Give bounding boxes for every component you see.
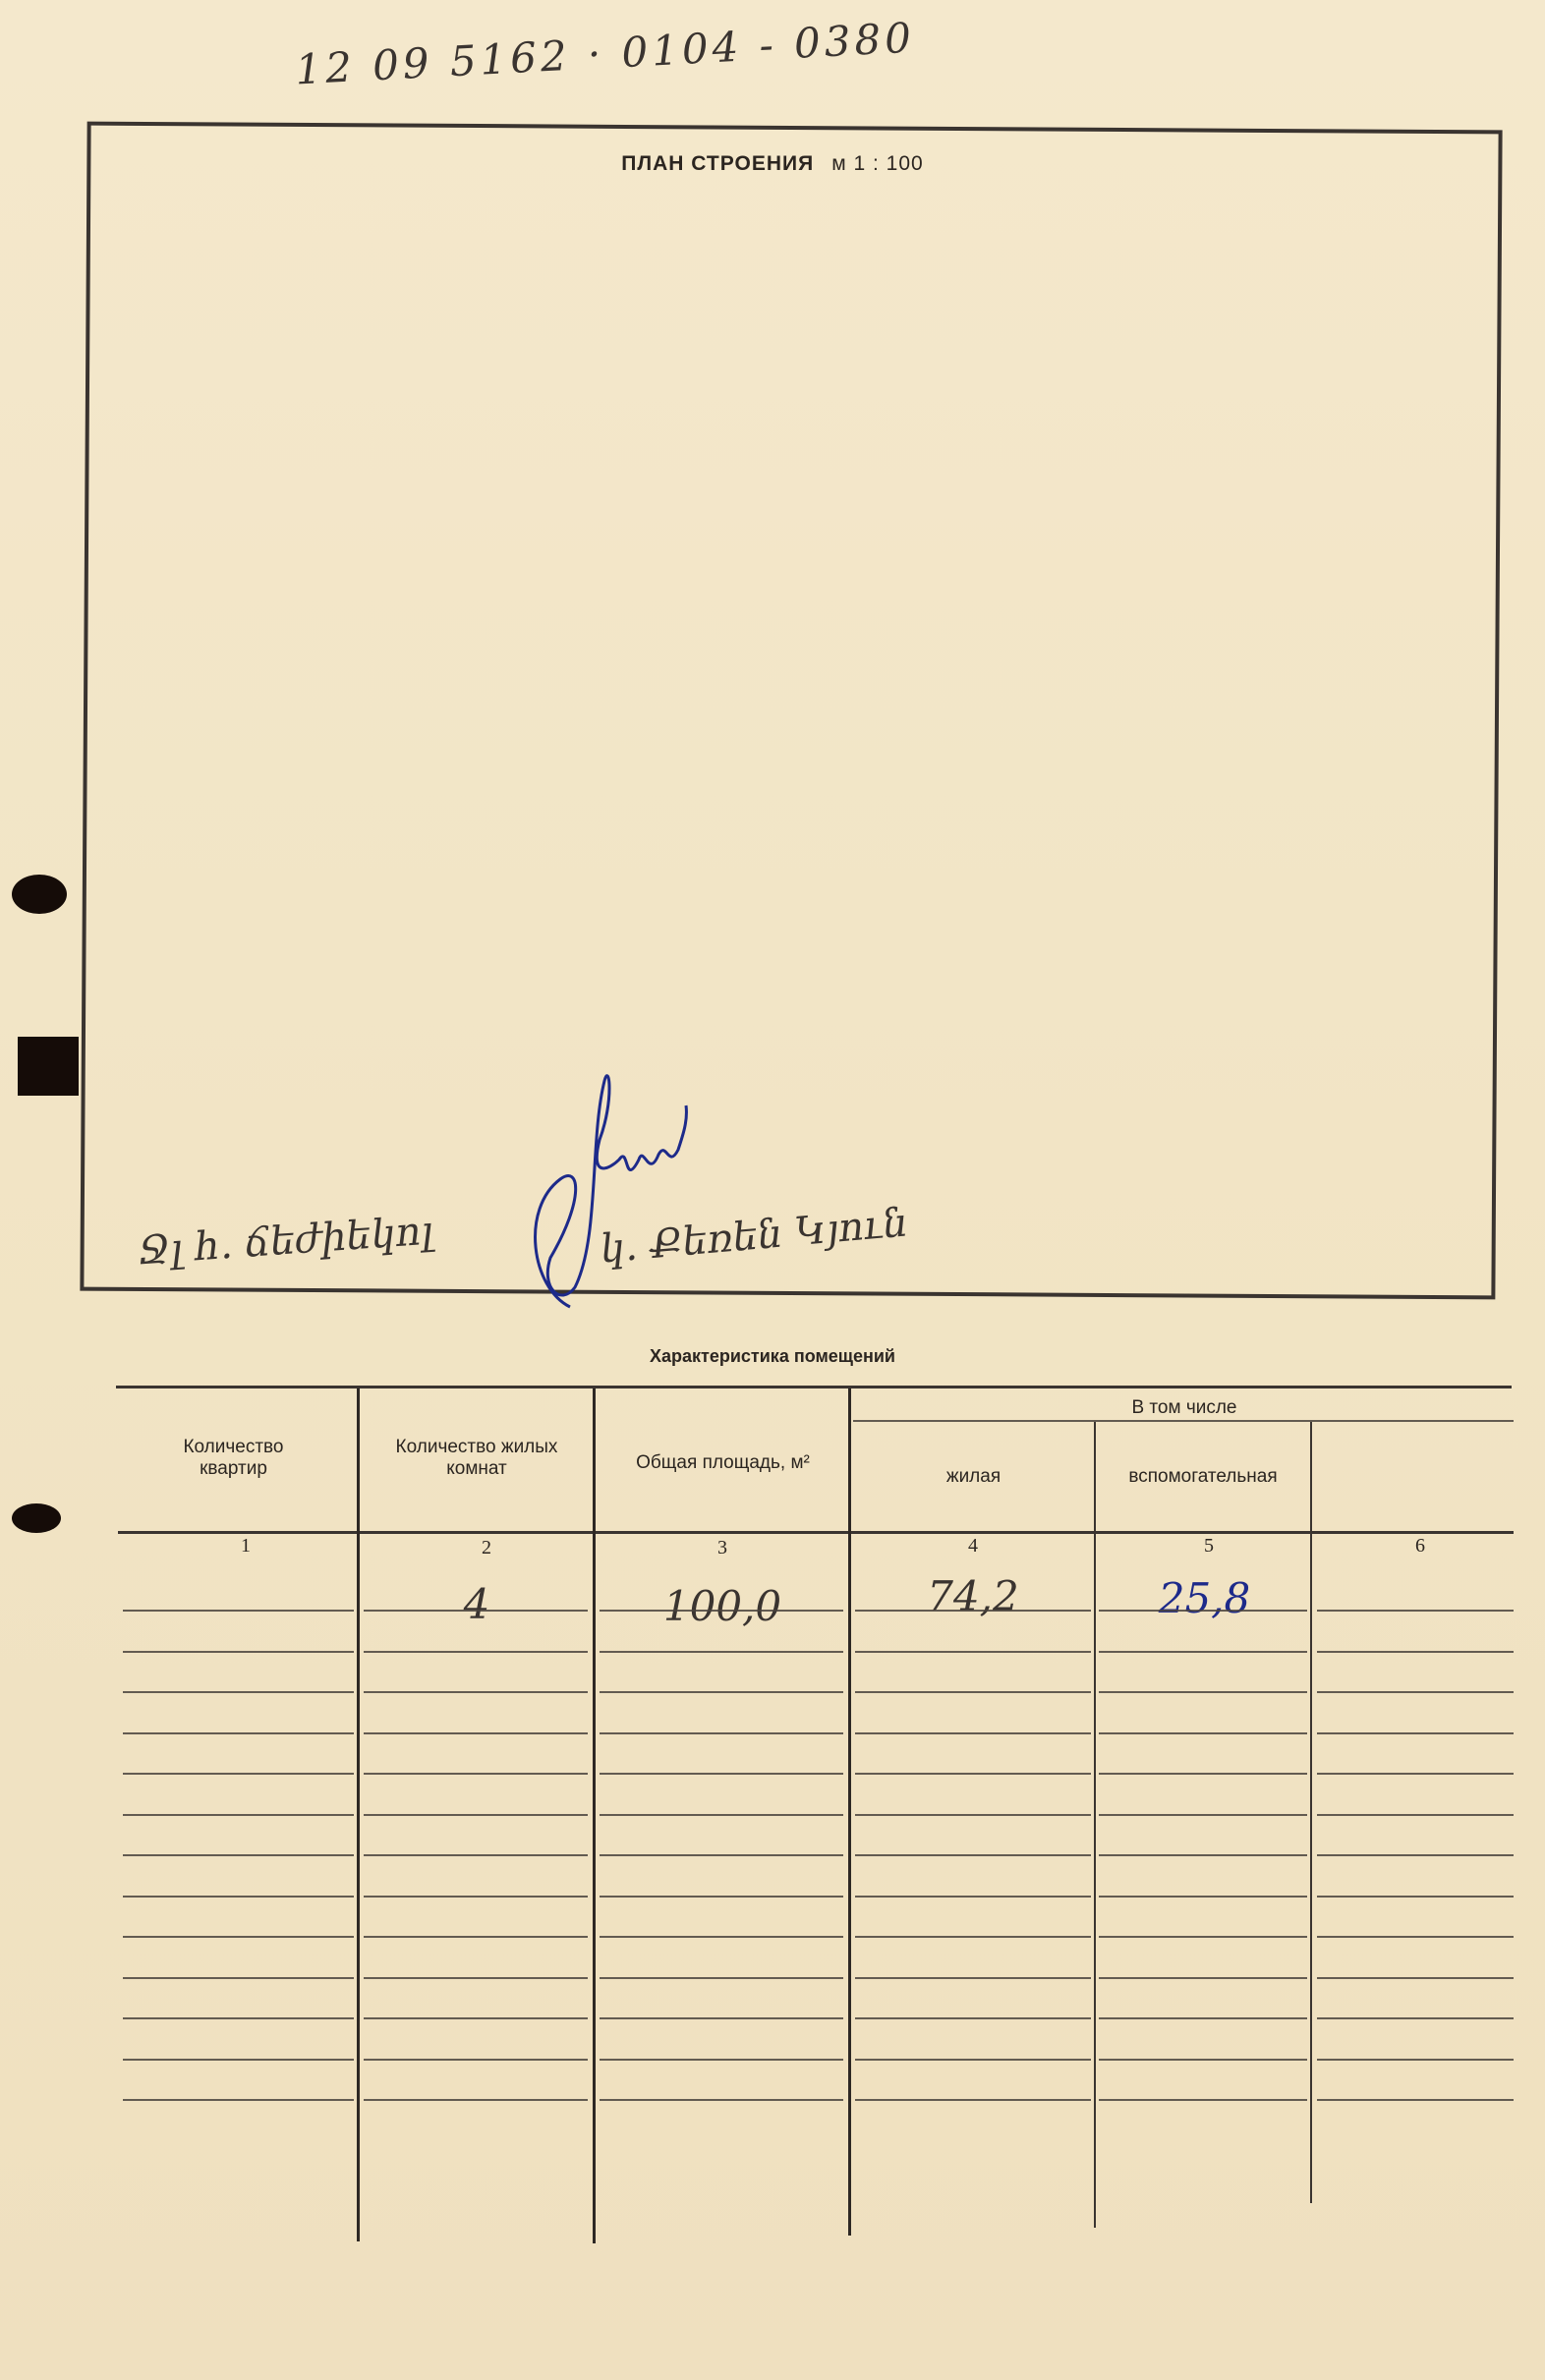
row-rule: [1099, 2059, 1307, 2061]
cell-total-area: 100,0: [600, 1582, 845, 1630]
row-rule: [1099, 1936, 1307, 1938]
column-divider: [357, 1388, 360, 2241]
row-rule: [600, 1732, 843, 1734]
plan-scale: м 1 : 100: [831, 152, 924, 175]
row-rule: [1317, 1610, 1514, 1612]
row-rule: [855, 1732, 1091, 1734]
row-rule: [1317, 1896, 1514, 1898]
column-number: 1: [147, 1535, 344, 1558]
row-rule: [1317, 2099, 1514, 2101]
header-total-area: Общая площадь, м²: [598, 1452, 848, 1474]
plan-title-text: ПЛАН СТРОЕНИЯ: [621, 152, 814, 175]
signature-icon: [491, 1061, 708, 1317]
row-rule: [1317, 1651, 1514, 1653]
column-divider: [848, 1388, 851, 2236]
header-auxiliary-area: вспомогательная: [1094, 1466, 1312, 1488]
row-rule: [855, 1691, 1091, 1693]
row-rule: [1099, 1814, 1307, 1816]
row-rule: [600, 1896, 843, 1898]
header-apartments: Количество квартир: [147, 1437, 319, 1480]
row-rule: [123, 1773, 354, 1775]
row-rule: [1317, 1814, 1514, 1816]
row-rule: [1317, 1773, 1514, 1775]
row-rule: [364, 2017, 588, 2019]
row-rule: [1099, 1773, 1307, 1775]
header-bottom-border: [118, 1531, 1514, 1534]
row-rule: [600, 1977, 843, 1979]
row-rule: [600, 1610, 843, 1612]
row-rule: [1317, 1977, 1514, 1979]
row-rule: [855, 1610, 1091, 1612]
row-rule: [855, 2017, 1091, 2019]
cell-living-rooms: 4: [364, 1580, 590, 1628]
punch-hole: [12, 875, 67, 914]
row-rule: [600, 2099, 843, 2101]
punch-hole: [12, 1503, 61, 1533]
column-divider: [1310, 1422, 1312, 2203]
row-rule: [364, 1732, 588, 1734]
column-number: 2: [388, 1537, 585, 1559]
row-rule: [1099, 1732, 1307, 1734]
row-rule: [855, 2099, 1091, 2101]
row-rule: [123, 1651, 354, 1653]
punch-hole-torn: [18, 1037, 79, 1096]
row-rule: [364, 1651, 588, 1653]
cell-living-area: 74,2: [855, 1572, 1091, 1620]
row-rule: [1317, 1732, 1514, 1734]
row-rule: [123, 1732, 354, 1734]
row-rule: [1317, 2059, 1514, 2061]
row-rule: [855, 1773, 1091, 1775]
row-rule: [600, 1936, 843, 1938]
header-living-area: жилая: [853, 1466, 1094, 1488]
row-rule: [855, 1854, 1091, 1856]
row-rule: [600, 1691, 843, 1693]
column-number: 3: [624, 1537, 821, 1559]
row-rule: [1099, 1854, 1307, 1856]
row-rule: [123, 1691, 354, 1693]
row-rule: [123, 1854, 354, 1856]
row-rule: [1099, 1651, 1307, 1653]
row-rule: [123, 1936, 354, 1938]
column-number: 6: [1327, 1535, 1514, 1558]
row-rule: [600, 1854, 843, 1856]
row-rule: [364, 1814, 588, 1816]
row-rule: [1099, 1691, 1307, 1693]
row-rule: [364, 1610, 588, 1612]
row-rule: [123, 2059, 354, 2061]
row-rule: [364, 1854, 588, 1856]
row-rule: [1317, 2017, 1514, 2019]
plan-frame: [80, 122, 1502, 1300]
row-rule: [600, 1814, 843, 1816]
row-rule: [855, 2059, 1091, 2061]
row-rule: [123, 2017, 354, 2019]
row-rule: [364, 1773, 588, 1775]
column-divider: [593, 1388, 596, 2243]
row-rule: [364, 1691, 588, 1693]
row-rule: [364, 2059, 588, 2061]
cell-auxiliary-area: 25,8: [1099, 1574, 1310, 1622]
row-rule: [600, 2059, 843, 2061]
row-rule: [123, 1896, 354, 1898]
header-group-including: В том числе: [855, 1397, 1514, 1419]
column-divider: [1094, 1422, 1096, 2228]
row-rule: [1317, 1936, 1514, 1938]
row-rule: [123, 2099, 354, 2101]
row-rule: [1099, 2099, 1307, 2101]
row-rule: [364, 1977, 588, 1979]
header-living-rooms: Количество жилых комнат: [369, 1437, 585, 1480]
row-rule: [1317, 1691, 1514, 1693]
row-rule: [123, 1610, 354, 1612]
row-rule: [1099, 1896, 1307, 1898]
row-rule: [855, 1651, 1091, 1653]
row-rule: [855, 1977, 1091, 1979]
row-rule: [1099, 1610, 1307, 1612]
row-rule: [600, 2017, 843, 2019]
column-number: 4: [875, 1535, 1071, 1558]
row-rule: [855, 1814, 1091, 1816]
row-rule: [855, 1936, 1091, 1938]
plan-title: ПЛАН СТРОЕНИЯм 1 : 100: [0, 152, 1545, 176]
row-rule: [123, 1814, 354, 1816]
row-rule: [364, 2099, 588, 2101]
table-title: Характеристика помещений: [0, 1346, 1545, 1367]
row-rule: [855, 1896, 1091, 1898]
row-rule: [123, 1977, 354, 1979]
row-rule: [1099, 1977, 1307, 1979]
row-rule: [1099, 2017, 1307, 2019]
row-rule: [364, 1936, 588, 1938]
table-top-border: [116, 1386, 1512, 1388]
column-number: 5: [1111, 1535, 1307, 1558]
row-rule: [600, 1651, 843, 1653]
row-rule: [1317, 1854, 1514, 1856]
group-header-divider: [853, 1420, 1514, 1422]
row-rule: [364, 1896, 588, 1898]
document-number: 12 09 5162 · 0104 - 0380: [294, 14, 916, 94]
row-rule: [600, 1773, 843, 1775]
